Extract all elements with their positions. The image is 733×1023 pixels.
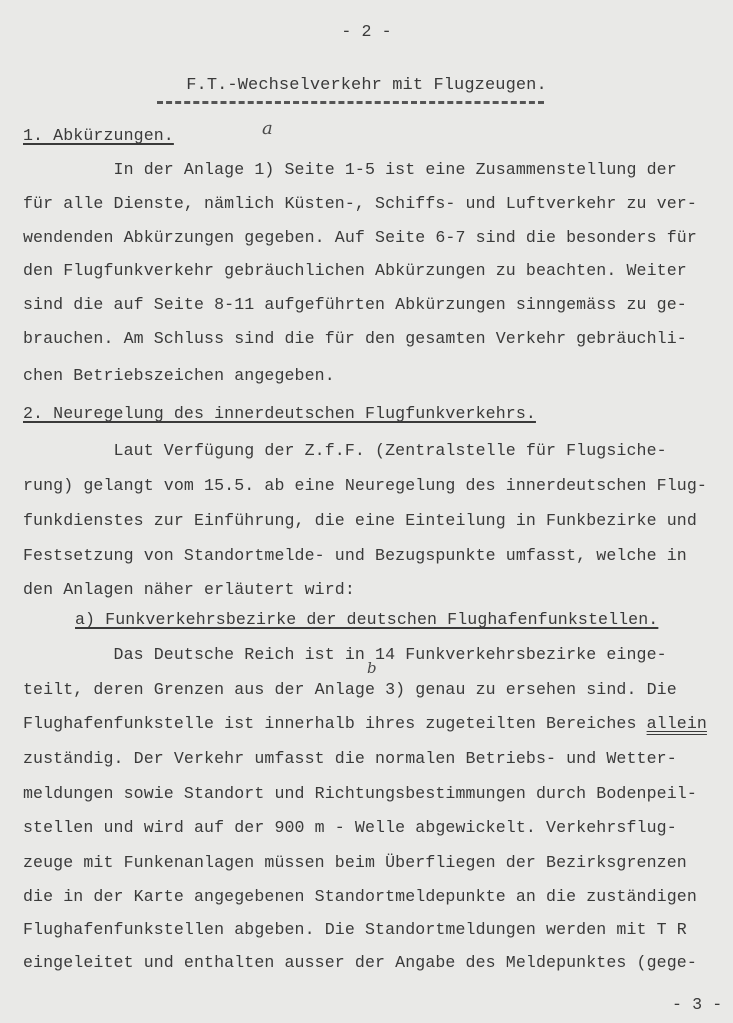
- handwritten-annotation-b: b: [367, 659, 377, 677]
- text-line: den Flugfunkverkehr gebräuchlichen Abkür…: [23, 261, 687, 281]
- text-line: In der Anlage 1) Seite 1-5 ist eine Zusa…: [23, 160, 677, 180]
- text-line: Laut Verfügung der Z.f.F. (Zentralstelle…: [23, 441, 667, 461]
- text-line: Flughafenfunkstelle ist innerhalb ihres …: [23, 714, 707, 734]
- text-line: Flughafenfunkstellen abgeben. Die Stando…: [23, 920, 687, 940]
- section-2-heading: 2. Neuregelung des innerdeutschen Flugfu…: [23, 404, 536, 424]
- text-line: den Anlagen näher erläutert wird:: [23, 580, 355, 600]
- text-segment: Flughafenfunkstelle ist innerhalb ihres …: [23, 714, 647, 733]
- text-line: zuständig. Der Verkehr umfasst die norma…: [23, 749, 677, 769]
- text-line: für alle Dienste, nämlich Küsten-, Schif…: [23, 194, 697, 214]
- text-line: eingeleitet und enthalten ausser der Ang…: [23, 953, 697, 973]
- text-line: die in der Karte angegebenen Standortmel…: [23, 887, 697, 907]
- text-line: brauchen. Am Schluss sind die für den ge…: [23, 329, 687, 349]
- page-number-bottom: - 3 -: [672, 995, 722, 1015]
- text-line: meldungen sowie Standort und Richtungsbe…: [23, 784, 697, 804]
- document-page: - 2 - F.T.-Wechselverkehr mit Flugzeugen…: [0, 0, 733, 1023]
- handwritten-annotation-a: a: [262, 118, 273, 139]
- text-line: chen Betriebszeichen angegeben.: [23, 366, 335, 386]
- text-line: stellen und wird auf der 900 m - Welle a…: [23, 818, 677, 838]
- text-line: teilt, deren Grenzen aus der Anlage 3) g…: [23, 680, 677, 700]
- text-line: funkdienstes zur Einführung, die eine Ei…: [23, 511, 697, 531]
- text-line: zeuge mit Funkenanlagen müssen beim Über…: [23, 853, 687, 873]
- title-underline: [157, 101, 544, 104]
- text-line: Festsetzung von Standortmelde- und Bezug…: [23, 546, 687, 566]
- underlined-word: allein: [647, 714, 707, 733]
- document-title: F.T.-Wechselverkehr mit Flugzeugen.: [0, 76, 733, 96]
- text-line: wendenden Abkürzungen gegeben. Auf Seite…: [23, 228, 697, 248]
- page-number-top: - 2 -: [0, 22, 733, 42]
- text-line: Das Deutsche Reich ist in 14 Funkverkehr…: [23, 645, 667, 665]
- section-1-heading: 1. Abkürzungen.: [23, 126, 174, 146]
- text-line: rung) gelangt vom 15.5. ab eine Neuregel…: [23, 476, 707, 496]
- subsection-a-heading: a) Funkverkehrsbezirke der deutschen Flu…: [75, 610, 658, 630]
- text-line: sind die auf Seite 8-11 aufgeführten Abk…: [23, 295, 687, 315]
